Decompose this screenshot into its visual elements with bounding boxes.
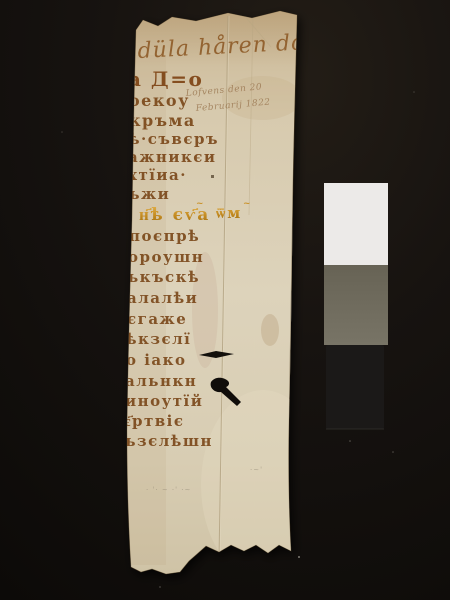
card-gray-swatch xyxy=(324,265,388,345)
gold-line-left: н҃ѣ єѵ҃а xyxy=(139,205,210,225)
manuscript-line: оекоу xyxy=(129,91,190,110)
manuscript-line: ороушн xyxy=(128,248,204,266)
photo-canvas: düla håren doom а Д=о оекоу Lofvens den … xyxy=(0,0,450,600)
pencil-note: ·~' xyxy=(250,466,263,474)
manuscript-line: ькъскѣ xyxy=(128,268,200,286)
card-white-swatch xyxy=(324,183,388,265)
manuscript-line: ъзєлѣшн xyxy=(124,432,213,450)
manuscript-line: хтїиа· xyxy=(128,166,187,184)
manuscript-line: о іако xyxy=(126,351,186,369)
manuscript-line: ажникєи xyxy=(128,148,217,166)
card-black-swatch xyxy=(326,345,384,429)
specimen-photo: düla håren doom а Д=о оекоу Lofvens den … xyxy=(0,0,450,600)
manuscript-line: ъжи xyxy=(128,185,170,203)
dust-speck xyxy=(349,440,351,442)
manuscript-line: поєпрѣ xyxy=(129,227,200,245)
grayscale-card xyxy=(324,183,388,429)
manuscript-line: єгаже xyxy=(127,310,187,328)
dust-speck xyxy=(413,91,415,93)
manuscript-line: є҃ртвіє xyxy=(124,412,185,430)
dust-speck xyxy=(159,586,161,588)
gold-line-right: ѿм xyxy=(216,204,242,222)
manuscript-line: ѣкзєлї xyxy=(126,330,191,348)
manuscript-line: а Д=о xyxy=(128,67,203,91)
manuscript-line: ѣ·съвєръ xyxy=(129,130,219,148)
manuscript-line: кръма xyxy=(129,111,196,130)
dust-speck xyxy=(298,556,300,558)
speck-mark xyxy=(211,175,214,178)
dust-speck xyxy=(392,451,394,453)
manuscript-line: алалѣи xyxy=(127,289,198,307)
manuscript-line: иноутїй xyxy=(125,392,203,410)
gold-flourish: ~ xyxy=(243,199,251,209)
stain-brown-spot xyxy=(261,314,279,346)
dust-speck xyxy=(61,131,63,133)
pencil-note: · '· ~ ·' ·~ xyxy=(146,486,191,494)
manuscript-line: альнкн xyxy=(125,372,197,390)
